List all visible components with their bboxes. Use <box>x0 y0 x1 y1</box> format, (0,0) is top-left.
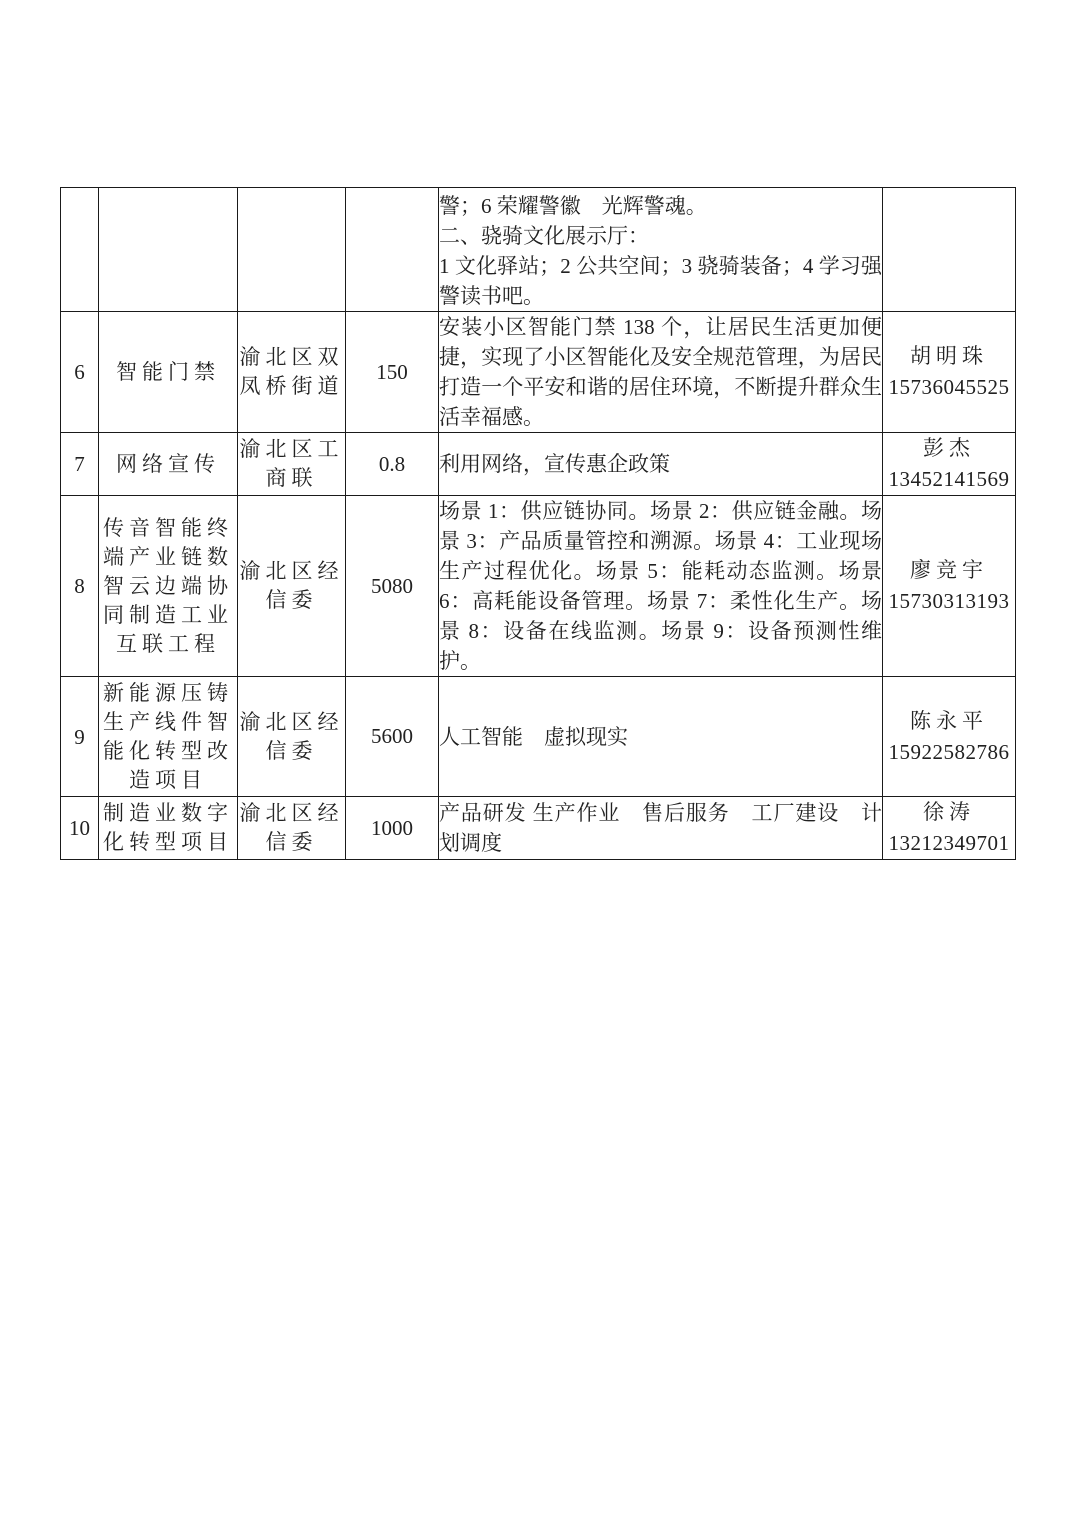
contact-phone: 15922582786 <box>883 737 1015 768</box>
responsible-department: 渝北区双 凤桥街道 <box>238 312 346 433</box>
project-name: 传音智能终 端产业链数 智云边端协 同制造工业 互联工程 <box>99 496 238 677</box>
project-description: 人工智能 虚拟现实 <box>439 677 883 797</box>
row-index: 9 <box>61 677 99 797</box>
projects-table: 警；6 荣耀警徽 光辉警魂。 二、骁骑文化展示厅： 1 文化驿站；2 公共空间；… <box>60 187 1016 860</box>
row-index <box>61 188 99 312</box>
project-description: 场景 1：供应链协同。场景 2：供应链金融。场景 3：产品质量管控和溯源。场景 … <box>439 496 883 677</box>
contact <box>883 188 1016 312</box>
contact: 胡明珠 15736045525 <box>883 312 1016 433</box>
contact-phone: 15736045525 <box>883 372 1015 403</box>
funding-amount: 150 <box>346 312 439 433</box>
contact-phone: 13212349701 <box>883 828 1015 859</box>
row-index: 8 <box>61 496 99 677</box>
table-row: 8 传音智能终 端产业链数 智云边端协 同制造工业 互联工程 渝北区经 信委 5… <box>61 496 1016 677</box>
table-row: 9 新能源压铸 生产线件智 能化转型改 造项目 渝北区经 信委 5600 人工智… <box>61 677 1016 797</box>
table-row: 7 网络宣传 渝北区工 商联 0.8 利用网络，宣传惠企政策 彭杰 134521… <box>61 433 1016 496</box>
project-name: 制造业数字 化转型项目 <box>99 797 238 860</box>
contact-name: 陈永平 <box>883 706 1015 737</box>
project-name: 智能门禁 <box>99 312 238 433</box>
row-index: 10 <box>61 797 99 860</box>
project-name: 新能源压铸 生产线件智 能化转型改 造项目 <box>99 677 238 797</box>
responsible-department <box>238 188 346 312</box>
project-description: 警；6 荣耀警徽 光辉警魂。 二、骁骑文化展示厅： 1 文化驿站；2 公共空间；… <box>439 188 883 312</box>
table-row-continuation: 警；6 荣耀警徽 光辉警魂。 二、骁骑文化展示厅： 1 文化驿站；2 公共空间；… <box>61 188 1016 312</box>
funding-amount: 5080 <box>346 496 439 677</box>
row-index: 7 <box>61 433 99 496</box>
row-index: 6 <box>61 312 99 433</box>
contact: 陈永平 15922582786 <box>883 677 1016 797</box>
responsible-department: 渝北区经 信委 <box>238 677 346 797</box>
contact-phone: 13452141569 <box>883 464 1015 495</box>
contact: 廖竞宇 15730313193 <box>883 496 1016 677</box>
project-description: 利用网络，宣传惠企政策 <box>439 433 883 496</box>
table-row: 6 智能门禁 渝北区双 凤桥街道 150 安装小区智能门禁 138 个，让居民生… <box>61 312 1016 433</box>
funding-amount <box>346 188 439 312</box>
contact-name: 徐涛 <box>883 797 1015 828</box>
project-description: 安装小区智能门禁 138 个，让居民生活更加便捷，实现了小区智能化及安全规范管理… <box>439 312 883 433</box>
responsible-department: 渝北区经 信委 <box>238 797 346 860</box>
funding-amount: 5600 <box>346 677 439 797</box>
contact: 彭杰 13452141569 <box>883 433 1016 496</box>
contact-phone: 15730313193 <box>883 586 1015 617</box>
contact-name: 廖竞宇 <box>883 555 1015 586</box>
funding-amount: 1000 <box>346 797 439 860</box>
responsible-department: 渝北区工 商联 <box>238 433 346 496</box>
project-description: 产品研发 生产作业 售后服务 工厂建设 计划调度 <box>439 797 883 860</box>
project-name <box>99 188 238 312</box>
table-row: 10 制造业数字 化转型项目 渝北区经 信委 1000 产品研发 生产作业 售后… <box>61 797 1016 860</box>
funding-amount: 0.8 <box>346 433 439 496</box>
contact-name: 彭杰 <box>883 433 1015 464</box>
project-name: 网络宣传 <box>99 433 238 496</box>
contact-name: 胡明珠 <box>883 341 1015 372</box>
responsible-department: 渝北区经 信委 <box>238 496 346 677</box>
contact: 徐涛 13212349701 <box>883 797 1016 860</box>
document-page: 警；6 荣耀警徽 光辉警魂。 二、骁骑文化展示厅： 1 文化驿站；2 公共空间；… <box>0 0 1074 1520</box>
